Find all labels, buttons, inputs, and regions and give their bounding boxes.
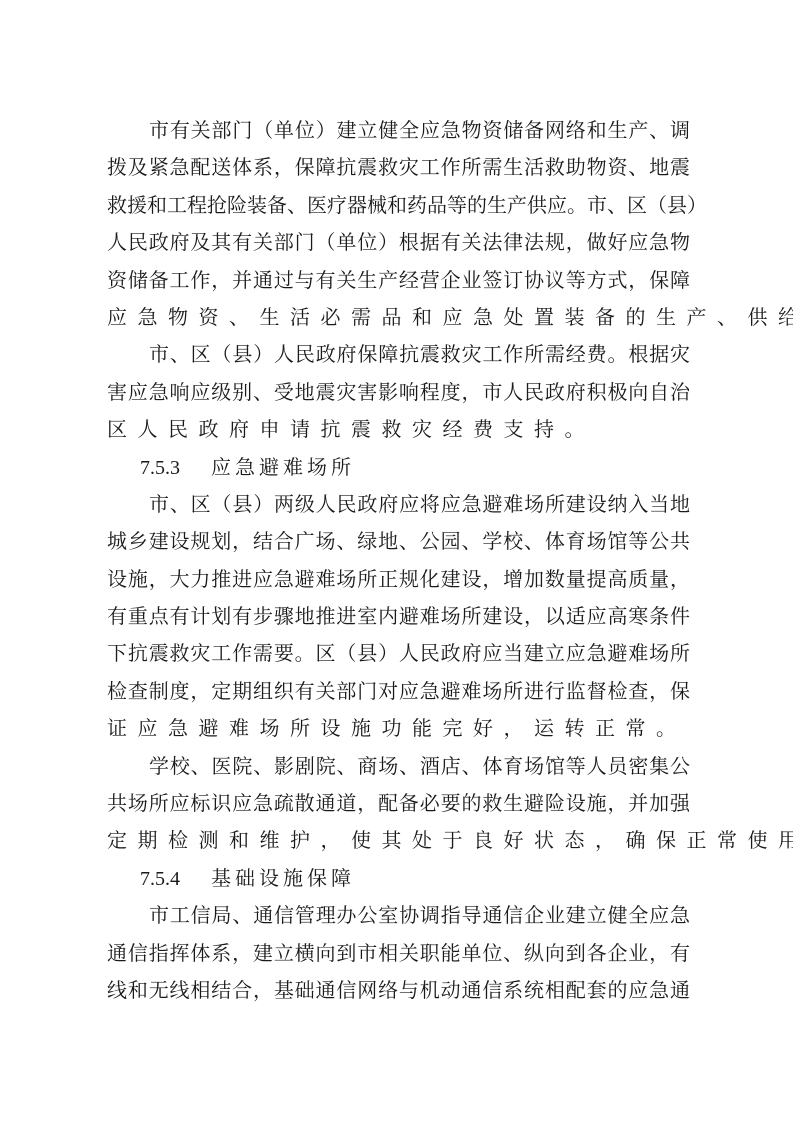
section-number: 7.5.3 — [107, 450, 211, 487]
text-line: 人民政府及其有关部门（单位）根据有关法律法规，做好应急物 — [107, 224, 690, 261]
text-line: 学校、医院、影剧院、商场、酒店、体育场馆等人员密集公 — [107, 748, 690, 785]
section-title: 基础设施保障 — [211, 866, 355, 890]
text-line: 下抗震救灾工作需要。区（县）人民政府应当建立应急避难场所 — [107, 635, 690, 672]
text-line: 证应急避难场所设施功能完好，运转正常。 — [107, 710, 690, 747]
text-line: 通信指挥体系，建立横向到市相关职能单位、纵向到各企业，有 — [107, 935, 690, 972]
text-line: 应急物资、生活必需品和应急处置装备的生产、供给。 — [107, 299, 690, 336]
text-line: 设施，大力推进应急避难场所正规化建设，增加数量提高质量， — [107, 561, 690, 598]
section-number: 7.5.4 — [107, 861, 211, 898]
text-line: 市工信局、通信管理办公室协调指导通信企业建立健全应急 — [107, 897, 690, 934]
paragraph-emergency-supplies: 市有关部门（单位）建立健全应急物资储备网络和生产、调 拨及紧急配送体系，保障抗震… — [107, 112, 690, 336]
text-line: 市、区（县）两级人民政府应将应急避难场所建设纳入当地 — [107, 486, 690, 523]
text-line: 共场所应标识应急疏散通道，配备必要的救生避险设施，并加强 — [107, 785, 690, 822]
text-line: 资储备工作，并通过与有关生产经营企业签订协议等方式，保障 — [107, 262, 690, 299]
text-line: 市、区（县）人民政府保障抗震救灾工作所需经费。根据灾 — [107, 336, 690, 373]
text-line: 拨及紧急配送体系，保障抗震救灾工作所需生活救助物资、地震 — [107, 149, 690, 186]
text-line: 区人民政府申请抗震救灾经费支持。 — [107, 411, 690, 448]
paragraph-infrastructure: 市工信局、通信管理办公室协调指导通信企业建立健全应急 通信指挥体系，建立横向到市… — [107, 897, 690, 1009]
text-line: 检查制度，定期组织有关部门对应急避难场所进行监督检查，保 — [107, 673, 690, 710]
text-line: 有重点有计划有步骤地推进室内避难场所建设，以适应高寒条件 — [107, 598, 690, 635]
paragraph-public-venues: 学校、医院、影剧院、商场、酒店、体育场馆等人员密集公 共场所应标识应急疏散通道，… — [107, 748, 690, 860]
paragraph-funding: 市、区（县）人民政府保障抗震救灾工作所需经费。根据灾 害应急响应级别、受地震灾害… — [107, 336, 690, 448]
text-line: 害应急响应级别、受地震灾害影响程度，市人民政府积极向自治 — [107, 374, 690, 411]
text-line: 线和无线相结合，基础通信网络与机动通信系统相配套的应急通 — [107, 972, 690, 1009]
section-heading-7-5-3: 7.5.3应急避难场所 — [107, 449, 690, 486]
text-line: 定期检测和维护，使其处于良好状态，确保正常使用。 — [107, 822, 690, 859]
section-title: 应急避难场所 — [211, 455, 355, 479]
paragraph-shelters: 市、区（县）两级人民政府应将应急避难场所建设纳入当地 城乡建设规划，结合广场、绿… — [107, 486, 690, 748]
document-page: 市有关部门（单位）建立健全应急物资储备网络和生产、调 拨及紧急配送体系，保障抗震… — [107, 112, 690, 1009]
text-line: 市有关部门（单位）建立健全应急物资储备网络和生产、调 — [107, 112, 690, 149]
text-line: 救援和工程抢险装备、医疗器械和药品等的生产供应。市、区（县） — [107, 187, 690, 224]
section-heading-7-5-4: 7.5.4基础设施保障 — [107, 860, 690, 897]
text-line: 城乡建设规划，结合广场、绿地、公园、学校、体育场馆等公共 — [107, 523, 690, 560]
